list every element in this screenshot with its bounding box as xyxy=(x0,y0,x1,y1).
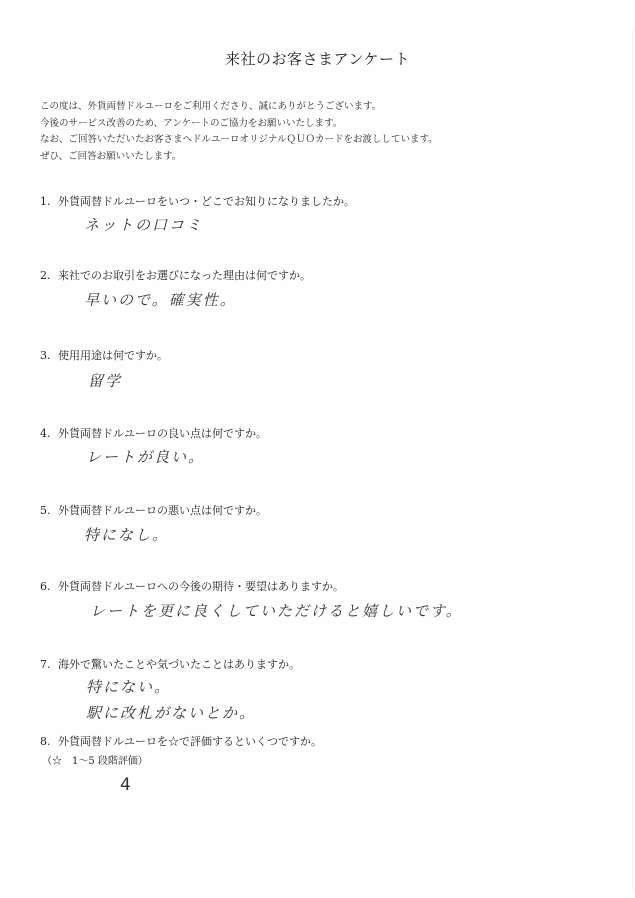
question-5: 5.外貨両替ドルユーロの悪い点は何ですか。 xyxy=(40,502,267,518)
question-text: 外貨両替ドルユーロをいつ・どこでお知りになりましたか。 xyxy=(58,195,355,208)
intro-line: この度は、外貨両替ドルユーロをご利用くださり、誠にありがとうございます。 xyxy=(40,99,438,116)
survey-page: 来社のお客さまアンケート この度は、外貨両替ドルユーロをご利用くださり、誠にあり… xyxy=(0,0,635,898)
answer-7-line-2: 駅に改札がないとか。 xyxy=(86,702,256,723)
question-text: 外貨両替ドルユーロを☆で評価するといくつですか。 xyxy=(58,735,322,748)
question-number: 5. xyxy=(40,504,58,517)
question-1: 1.外貨両替ドルユーロをいつ・どこでお知りになりましたか。 xyxy=(40,193,355,209)
question-number: 7. xyxy=(40,658,58,671)
answer-8-rating: 4 xyxy=(120,775,131,795)
intro-line: なお、ご回答いただいたお客さまへドルユーロオリジナルＱＵＯカードをお渡ししていま… xyxy=(40,132,438,149)
answer-2: 早いので。確実性。 xyxy=(84,289,237,310)
answer-7-line-1: 特にない。 xyxy=(86,676,171,697)
intro-line: ぜひ、ご回答お願いいたします。 xyxy=(40,149,438,166)
question-3: 3.使用用途は何ですか。 xyxy=(40,347,168,363)
question-8: 8.外貨両替ドルユーロを☆で評価するといくつですか。 xyxy=(40,733,322,749)
answer-3: 留学 xyxy=(88,370,122,391)
page-edge xyxy=(632,30,633,890)
question-text: 来社でのお取引をお選びになった理由は何ですか。 xyxy=(58,269,311,282)
question-number: 3. xyxy=(40,349,58,362)
question-number: 1. xyxy=(40,195,58,208)
rating-scale-note: （☆ 1〜5 段階評価） xyxy=(42,752,148,767)
survey-title: 来社のお客さまアンケート xyxy=(0,48,635,69)
answer-6: レートを更に良くしていただけると嬉しいです。 xyxy=(90,600,463,621)
question-text: 外貨両替ドルユーロの良い点は何ですか。 xyxy=(58,427,267,440)
answer-1: ネットの口コミ xyxy=(84,214,203,235)
question-number: 2. xyxy=(40,269,58,282)
question-text: 外貨両替ドルユーロの悪い点は何ですか。 xyxy=(58,504,267,517)
question-6: 6.外貨両替ドルユーロへの今後の期待・要望はありますか。 xyxy=(40,578,344,594)
question-number: 8. xyxy=(40,735,58,748)
answer-4: レートが良い。 xyxy=(86,446,205,467)
question-2: 2.来社でのお取引をお選びになった理由は何ですか。 xyxy=(40,267,311,283)
question-number: 6. xyxy=(40,580,58,593)
question-text: 使用用途は何ですか。 xyxy=(58,349,168,362)
answer-5: 特になし。 xyxy=(84,524,169,545)
question-4: 4.外貨両替ドルユーロの良い点は何ですか。 xyxy=(40,425,267,441)
intro-line: 今後のサービス改善のため、アンケートのご協力をお願いいたします。 xyxy=(40,116,438,133)
question-7: 7.海外で驚いたことや気づいたことはありますか。 xyxy=(40,656,300,672)
question-number: 4. xyxy=(40,427,58,440)
question-text: 外貨両替ドルユーロへの今後の期待・要望はありますか。 xyxy=(58,580,344,593)
intro-text: この度は、外貨両替ドルユーロをご利用くださり、誠にありがとうございます。 今後の… xyxy=(40,99,438,165)
question-text: 海外で驚いたことや気づいたことはありますか。 xyxy=(58,658,300,671)
